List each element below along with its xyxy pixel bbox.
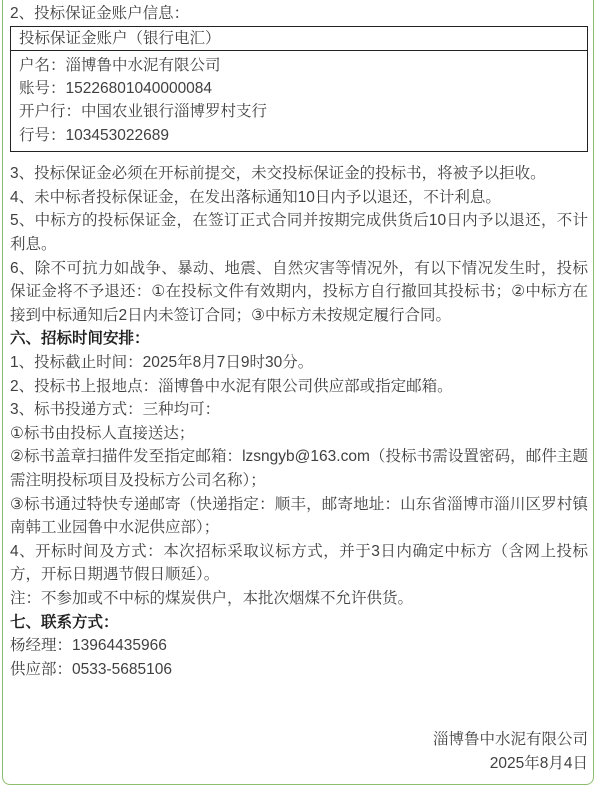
schedule-item-method-2-email: ②标书盖章扫描件发至指定邮箱：lzsngyb@163.com（投标书需设置密码，…: [10, 445, 588, 492]
deposit-account-table-body: 户名：淄博鲁中水泥有限公司 账号：15226801040000084 开户行：中…: [11, 50, 588, 152]
bank-code: 行号：103453022689: [19, 124, 579, 147]
schedule-item-submit-location: 2、投标书上报地点：淄博鲁中水泥有限公司供应部或指定邮箱。: [10, 375, 588, 399]
signature-date: 2025年8月4日: [10, 752, 588, 776]
schedule-item-method-3-express: ③标书通过特快专递邮寄（快递指定：顺丰，邮寄地址：山东省淄博市淄川区罗村镇南韩工…: [10, 493, 588, 540]
schedule-item-deadline: 1、投标截止时间：2025年8月7日9时30分。: [10, 351, 588, 375]
contact-supply-dept-phone: 供应部：0533-5685106: [10, 658, 588, 682]
section-six-heading: 六、招标时间安排：: [10, 327, 588, 351]
document-content: 2、投标保证金账户信息： 投标保证金账户（银行电汇） 户名：淄博鲁中水泥有限公司…: [10, 2, 588, 775]
contact-manager-phone: 杨经理：13964435966: [10, 634, 588, 658]
section-seven-heading: 七、联系方式：: [10, 611, 588, 635]
table-row: 户名：淄博鲁中水泥有限公司 账号：15226801040000084 开户行：中…: [11, 50, 588, 152]
document-page: 2、投标保证金账户信息： 投标保证金账户（银行电汇） 户名：淄博鲁中水泥有限公司…: [0, 0, 602, 796]
bank-branch-name: 开户行：中国农业银行淄博罗村支行: [19, 100, 579, 123]
schedule-item-delivery-methods: 3、标书投递方式：三种均可：: [10, 398, 588, 422]
deposit-rule-4: 4、未中标者投标保证金，在发出落标通知10日内予以退还，不计利息。: [10, 186, 588, 210]
footer-spacer: [10, 681, 588, 728]
deposit-rule-6: 6、除不可抗力如战争、暴动、地震、自然灾害等情况外，有以下情况发生时，投标保证金…: [10, 257, 588, 328]
deposit-rule-3: 3、投标保证金必须在开标前提交，未交投标保证金的投标书，将被予以拒收。: [10, 162, 588, 186]
deposit-rule-5: 5、中标方的投标保证金，在签订正式合同并按期完成供货后10日内予以退还，不计利息…: [10, 209, 588, 256]
signature-company: 淄博鲁中水泥有限公司: [10, 728, 588, 752]
deposit-account-heading: 2、投标保证金账户信息：: [10, 2, 588, 26]
schedule-item-bid-opening: 4、开标时间及方式：本次招标采取议标方式，并于3日内确定中标方（含网上投标方，开…: [10, 540, 588, 587]
deposit-account-table-header: 投标保证金账户（银行电汇）: [11, 26, 588, 50]
account-number: 账号：15226801040000084: [19, 77, 579, 100]
deposit-account-table: 投标保证金账户（银行电汇） 户名：淄博鲁中水泥有限公司 账号：152268010…: [10, 26, 588, 153]
schedule-note: 注：不参加或不中标的煤炭供户，本批次烟煤不允许供货。: [10, 587, 588, 611]
schedule-item-method-1: ①标书由投标人直接送达；: [10, 422, 588, 446]
table-row: 投标保证金账户（银行电汇）: [11, 26, 588, 50]
account-holder-name: 户名：淄博鲁中水泥有限公司: [19, 54, 579, 77]
